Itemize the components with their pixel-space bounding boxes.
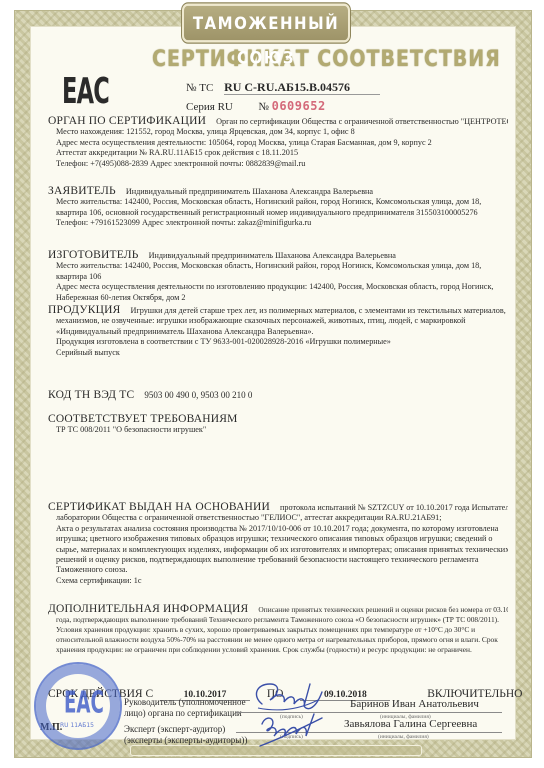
section-line: Место жительства: 142400, Россия, Москов… <box>48 197 508 207</box>
section-line: года, подтверждающих выполнение требован… <box>48 615 508 625</box>
section-value: Игрушки для детей старше трех лет, из по… <box>130 306 508 315</box>
section-line: ТР ТС 008/2011 "О безопасности игрушек" <box>48 425 508 435</box>
section-line: относительной влажности воздуха 50%-70% … <box>48 635 508 645</box>
head-role: Руководитель (уполномоченное лицо) орган… <box>124 697 246 719</box>
stamp-eac-icon: EAC <box>64 686 104 721</box>
series-label: Серия <box>186 101 215 113</box>
certificate-number-label: № ТС <box>186 82 213 94</box>
section-heading: ЗАЯВИТЕЛЬ <box>48 186 116 197</box>
section-line: Схема сертификации: 1с <box>48 576 508 586</box>
section-line: решений и оценку рисков, подтверждающих … <box>48 555 508 565</box>
section-heading: ПРОДУКЦИЯ <box>48 305 120 316</box>
section-product: ПРОДУКЦИЯИгрушки для детей старше трех л… <box>48 305 508 358</box>
certification-stamp: EAC RU 11АБ15 <box>34 662 122 750</box>
head-name-line <box>326 712 502 713</box>
section-conformity: СООТВЕТСТВУЕТ ТРЕБОВАНИЯМ ТР ТС 008/2011… <box>48 414 508 436</box>
section-heading: СООТВЕТСТВУЕТ ТРЕБОВАНИЯМ <box>48 414 238 425</box>
certificate-number-value: RU C-RU.АБ15.В.04576 <box>224 80 380 95</box>
section-line: хранения продукции: не ограничен при соб… <box>48 645 508 655</box>
expert-name: Завьялова Галина Сергеевна <box>344 718 477 730</box>
series-value: RU <box>218 101 233 113</box>
section-line: Телефон: +7(495)088-2839 Адрес электронн… <box>48 159 508 169</box>
head-role-line: Руководитель (уполномоченное <box>124 697 246 708</box>
section-line: «Индивидуальный предприниматель Шаханова… <box>48 327 508 337</box>
section-value: Индивидуальный предприниматель Шаханова … <box>149 251 396 260</box>
section-value: 9503 00 490 0, 9503 00 210 0 <box>144 390 252 400</box>
section-hs-code: КОД ТН ВЭД ТС9503 00 490 0, 9503 00 210 … <box>48 390 508 401</box>
expert-name-line <box>326 732 502 733</box>
section-heading: СЕРТИФИКАТ ВЫДАН НА ОСНОВАНИИ <box>48 502 270 513</box>
section-line: Таможенного союза. <box>48 565 508 575</box>
section-value: Описание принятых технических решений и … <box>258 605 508 614</box>
section-manufacturer: ИЗГОТОВИТЕЛЬИндивидуальный предпринимате… <box>48 250 508 303</box>
customs-union-badge: ТАМОЖЕННЫЙ СОЮЗ <box>182 3 350 42</box>
section-line: Адрес места осуществления деятельности п… <box>48 282 508 292</box>
section-line: Условия хранения продукции: хранить в су… <box>48 625 508 635</box>
section-heading: ОРГАН ПО СЕРТИФИКАЦИИ <box>48 116 206 127</box>
section-heading: КОД ТН ВЭД ТС <box>48 390 134 401</box>
section-line: механизмов, не озвученные: игрушки изобр… <box>48 316 508 326</box>
head-name: Баринов Иван Анатольевич <box>350 698 479 710</box>
section-line: Акта о результатах анализа состояния про… <box>48 524 508 534</box>
certificate-number: № ТС RU C-RU.АБ15.В.04576 <box>186 80 380 95</box>
section-value: Орган по сертификации Общества с огранич… <box>216 117 508 126</box>
section-applicant: ЗАЯВИТЕЛЬИндивидуальный предприниматель … <box>48 186 508 229</box>
certificate-series: Серия RU № 0609652 <box>186 99 326 113</box>
stamp-code: RU 11АБ15 <box>60 722 94 729</box>
section-line: Аттестат аккредитации № RA.RU.11АБ15 сро… <box>48 148 508 158</box>
section-line: Продукция изготовлена в соответствии с Т… <box>48 337 508 347</box>
eac-logo-icon: EAC <box>62 66 100 119</box>
section-certification-body: ОРГАН ПО СЕРТИФИКАЦИИОрган по сертификац… <box>48 116 508 169</box>
section-line: квартира 106, основной государственный р… <box>48 208 508 218</box>
expert-role: Эксперт (эксперт-аудитор) (эксперты (экс… <box>124 724 247 746</box>
section-line: игрушка; цветного изображения типовых об… <box>48 534 508 544</box>
section-line: лаборатории Общества с ограниченной отве… <box>48 513 508 523</box>
section-line: Место жительства: 142400, Россия, Москов… <box>48 261 508 271</box>
section-additional-info: ДОПОЛНИТЕЛЬНАЯ ИНФОРМАЦИЯОписание принят… <box>48 604 508 655</box>
section-value: протокола испытаний № SZTZCUY от 10.10.2… <box>280 503 508 512</box>
expert-signature-icon <box>252 710 332 750</box>
section-heading: ИЗГОТОВИТЕЛЬ <box>48 250 139 261</box>
section-line: квартира 106 <box>48 272 508 282</box>
section-basis: СЕРТИФИКАТ ВЫДАН НА ОСНОВАНИИпротокола и… <box>48 502 508 586</box>
section-line: сырье, материалах и комплектующих издели… <box>48 545 508 555</box>
section-line: Серийный выпуск <box>48 348 508 358</box>
section-value: Индивидуальный предприниматель Шаханова … <box>126 187 373 196</box>
blank-number-label: № <box>258 101 269 113</box>
head-role-line: лицо) органа по сертификации <box>124 708 246 719</box>
certificate-content: EAC СЕРТИФИКАТ СООТВЕТСТВИЯ № ТС RU C-RU… <box>0 0 544 768</box>
expert-role-line: Эксперт (эксперт-аудитор) <box>124 724 247 735</box>
section-line: Телефон: +79161523099 Адрес электронной … <box>48 218 508 228</box>
expert-name-caption: (инициалы, фамилия) <box>378 734 429 740</box>
section-line: Место нахождения: 121552, город Москва, … <box>48 127 508 137</box>
blank-number: 0609652 <box>272 99 326 113</box>
section-heading: ДОПОЛНИТЕЛЬНАЯ ИНФОРМАЦИЯ <box>48 604 248 615</box>
section-line: Адрес места осуществления деятельности: … <box>48 138 508 148</box>
section-line: Набережная 60-летия Октября, дом 2 <box>48 293 508 303</box>
